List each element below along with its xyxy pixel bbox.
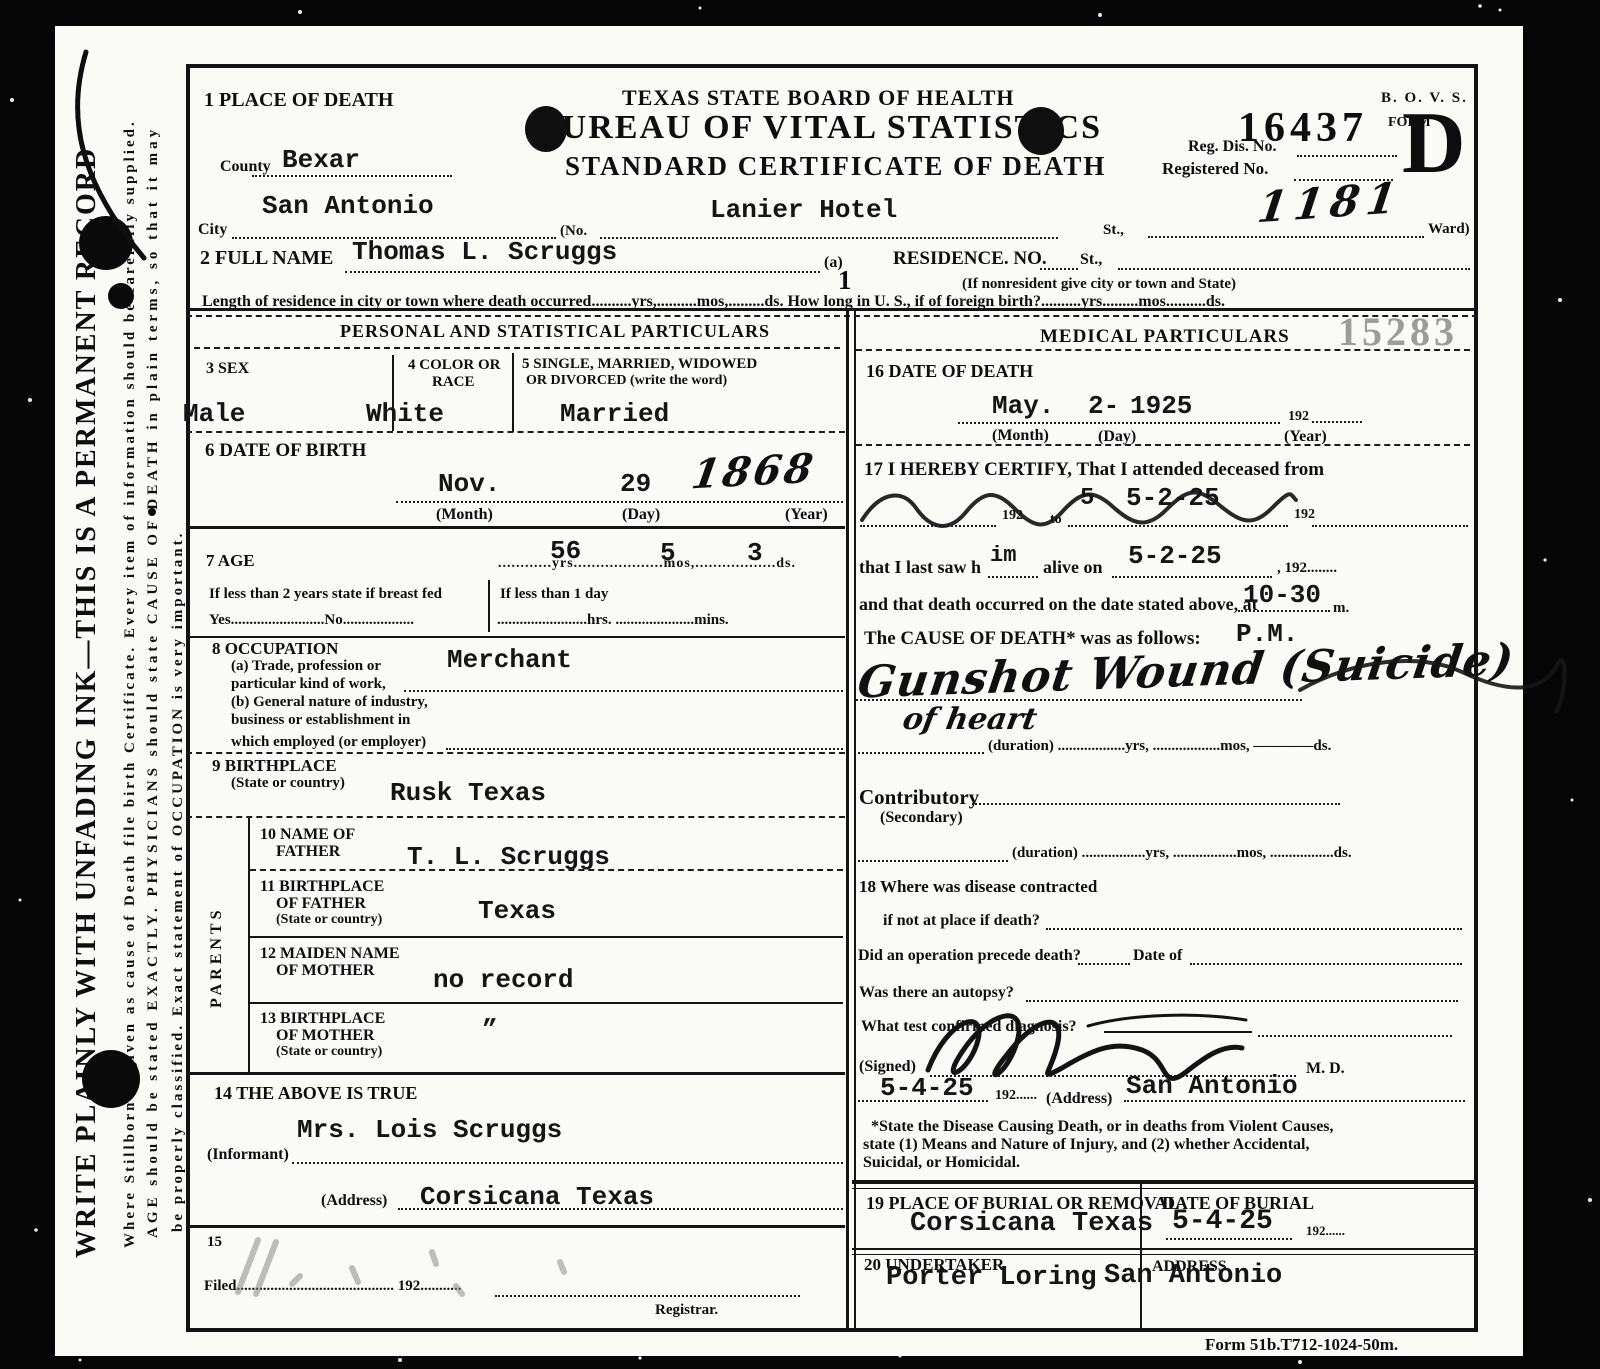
ink-blobs	[525, 106, 1064, 155]
faint-stamp	[238, 1240, 564, 1294]
signature-scrawl	[928, 1016, 1242, 1079]
signature-overline	[1088, 1015, 1246, 1026]
microfilm-scan: WRITE PLAINLY WITH UNFADING INK—THIS IS …	[0, 0, 1600, 1369]
handwriting-scrawl	[862, 493, 1296, 526]
film-specks	[10, 4, 1592, 1364]
punch-holes	[79, 216, 156, 1108]
cause-flourish	[1300, 660, 1565, 712]
scan-artifacts	[0, 0, 1600, 1369]
